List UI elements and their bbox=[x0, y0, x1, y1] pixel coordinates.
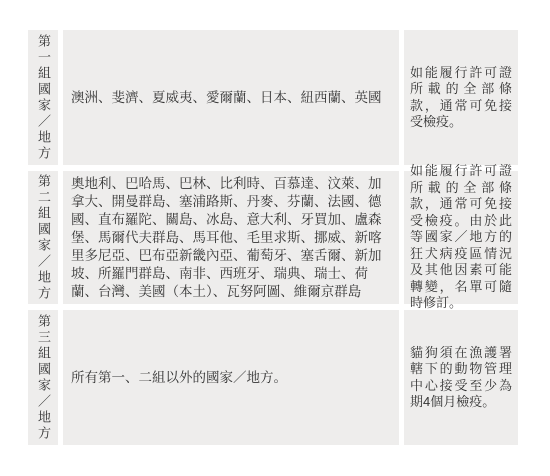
group2-countries-text: 奧地利、巴哈馬、巴林、比利時、百慕達、汶萊、加拿大、開曼群島、塞浦路斯、丹麥、芬… bbox=[71, 175, 391, 301]
country-group-table: 第一組國家／地方 澳洲、斐濟、夏威夷、愛爾蘭、日本、紐西蘭、英國 如能履行許可證… bbox=[28, 30, 518, 445]
group3-countries-cell: 所有第一、二組以外的國家／地方。 bbox=[63, 310, 399, 445]
group3-label: 第三組國家／地方 bbox=[28, 314, 58, 442]
group1-requirement-text: 如能履行許可證所載的全部條款，通常可免接受檢疫。 bbox=[410, 65, 512, 131]
group1-requirement-cell: 如能履行許可證所載的全部條款，通常可免接受檢疫。 bbox=[404, 30, 518, 165]
group3-requirement-text: 貓狗須在漁護署轄下的動物管理中心接受至少為期4個月檢疫。 bbox=[410, 345, 512, 411]
group2-requirement-cell: 如能履行許可證所載的全部條款，通常可免接受檢疫。由於此等國家／地方的狂犬病疫區情… bbox=[404, 171, 518, 304]
group1-countries-text: 澳洲、斐濟、夏威夷、愛爾蘭、日本、紐西蘭、英國 bbox=[71, 89, 382, 107]
group2-requirement-text: 如能履行許可證所載的全部條款，通常可免接受檢疫。由於此等國家／地方的狂犬病疫區情… bbox=[410, 163, 512, 312]
group1-countries-cell: 澳洲、斐濟、夏威夷、愛爾蘭、日本、紐西蘭、英國 bbox=[63, 30, 399, 165]
page: 第一組國家／地方 澳洲、斐濟、夏威夷、愛爾蘭、日本、紐西蘭、英國 如能履行許可證… bbox=[0, 0, 550, 476]
group3-header-cell: 第三組國家／地方 bbox=[28, 310, 58, 445]
group3-requirement-cell: 貓狗須在漁護署轄下的動物管理中心接受至少為期4個月檢疫。 bbox=[404, 310, 518, 445]
group3-countries-text: 所有第一、二組以外的國家／地方。 bbox=[71, 369, 287, 387]
group2-header-cell: 第二組國家／地方 bbox=[28, 171, 58, 304]
group1-label: 第一組國家／地方 bbox=[28, 34, 58, 162]
group2-countries-cell: 奧地利、巴哈馬、巴林、比利時、百慕達、汶萊、加拿大、開曼群島、塞浦路斯、丹麥、芬… bbox=[63, 171, 399, 304]
group2-label: 第二組國家／地方 bbox=[28, 174, 58, 302]
group1-header-cell: 第一組國家／地方 bbox=[28, 30, 58, 165]
